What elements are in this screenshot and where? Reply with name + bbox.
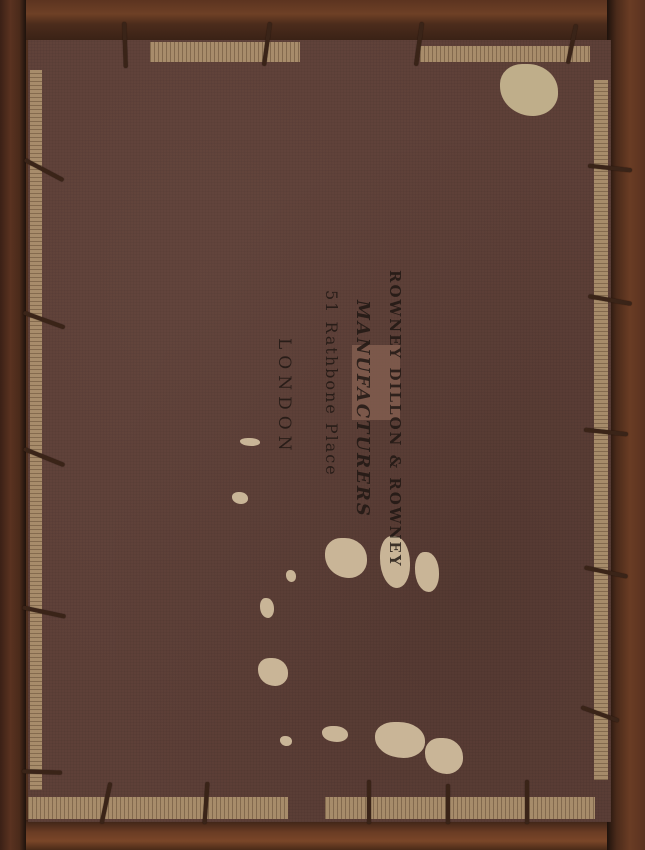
framed-painting-back: ROWNEY DILLON & ROWNEY MANUFACTURERS 51 …	[0, 0, 645, 850]
paper-tape-bottom-1	[28, 797, 288, 819]
frame-bottom-rail	[0, 820, 645, 850]
flake	[240, 438, 260, 446]
frame-left-stile	[0, 0, 26, 850]
stamp-line-4: LONDON	[274, 338, 294, 457]
nail	[446, 784, 450, 824]
flake	[232, 492, 248, 504]
frame-right-stile	[607, 0, 645, 850]
flake	[280, 736, 292, 746]
stamp-line-1: ROWNEY DILLON & ROWNEY	[386, 270, 404, 568]
frame-top-rail	[0, 0, 645, 40]
flake	[260, 598, 274, 618]
paper-tape-left	[30, 70, 42, 790]
stamp-line-2: MANUFACTURERS	[352, 300, 373, 518]
nail	[367, 780, 371, 824]
stamp-line-3: 51 Rathbone Place	[322, 290, 341, 477]
paper-tape-top-2	[420, 46, 590, 62]
flake	[415, 552, 439, 592]
nail	[525, 780, 529, 824]
flake	[286, 570, 296, 582]
paper-tape-bottom-2	[325, 797, 595, 819]
flake	[322, 726, 348, 742]
paper-tape-top-1	[150, 42, 300, 62]
canvas-backing	[28, 40, 611, 822]
